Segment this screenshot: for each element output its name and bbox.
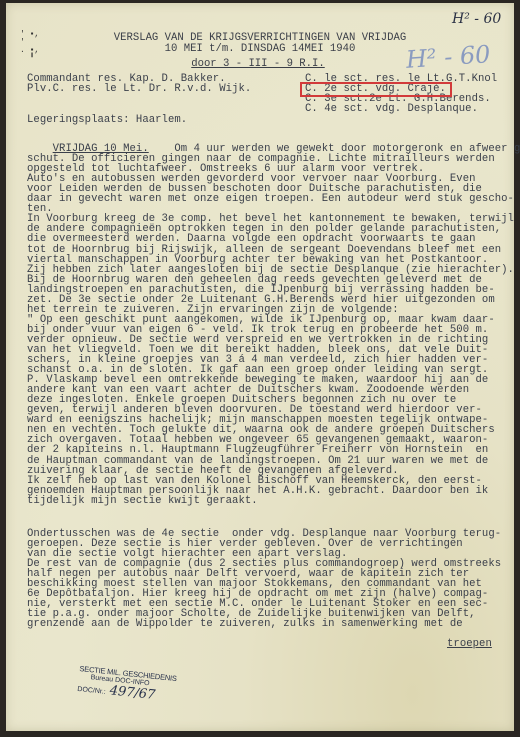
report-body-section-2: Ondertusschen was de 4e sectie onder vdg…	[27, 529, 501, 629]
document-title-line-2: 10 MEI t/m. DINSDAG 14MEI 1940	[6, 43, 514, 55]
archive-stamp: SECTIE MIL. GESCHIEDENIS Bureau DOC-INFO…	[77, 664, 177, 705]
document-page: ' ▪, ' . ▪, ╹ H² - 60 H² - 60 VERSLAG VA…	[6, 3, 514, 731]
unit-designation: door 3 - III - 9 R.I.	[191, 58, 325, 70]
stamp-doc-label: DOC/Nr.:	[77, 686, 106, 696]
highlight-box	[300, 82, 452, 97]
document-title-line-3: door 3 - III - 9 R.I.	[4, 58, 512, 70]
deputy-commander-name: Plv.C. res. le Lt. Dr. R.v.d. Wijk.	[27, 84, 251, 94]
billeting-location: Legeringsplaats: Haarlem.	[27, 115, 187, 125]
section-commander-4: C. 4e sct. vdg. Desplanque.	[305, 104, 478, 114]
report-body-section-1: VRIJDAG 10 Mei. Om 4 uur werden we gewek…	[27, 134, 520, 506]
catchword-next-page: troepen	[447, 639, 492, 649]
handwritten-archive-ref-small: H² - 60	[452, 11, 501, 27]
